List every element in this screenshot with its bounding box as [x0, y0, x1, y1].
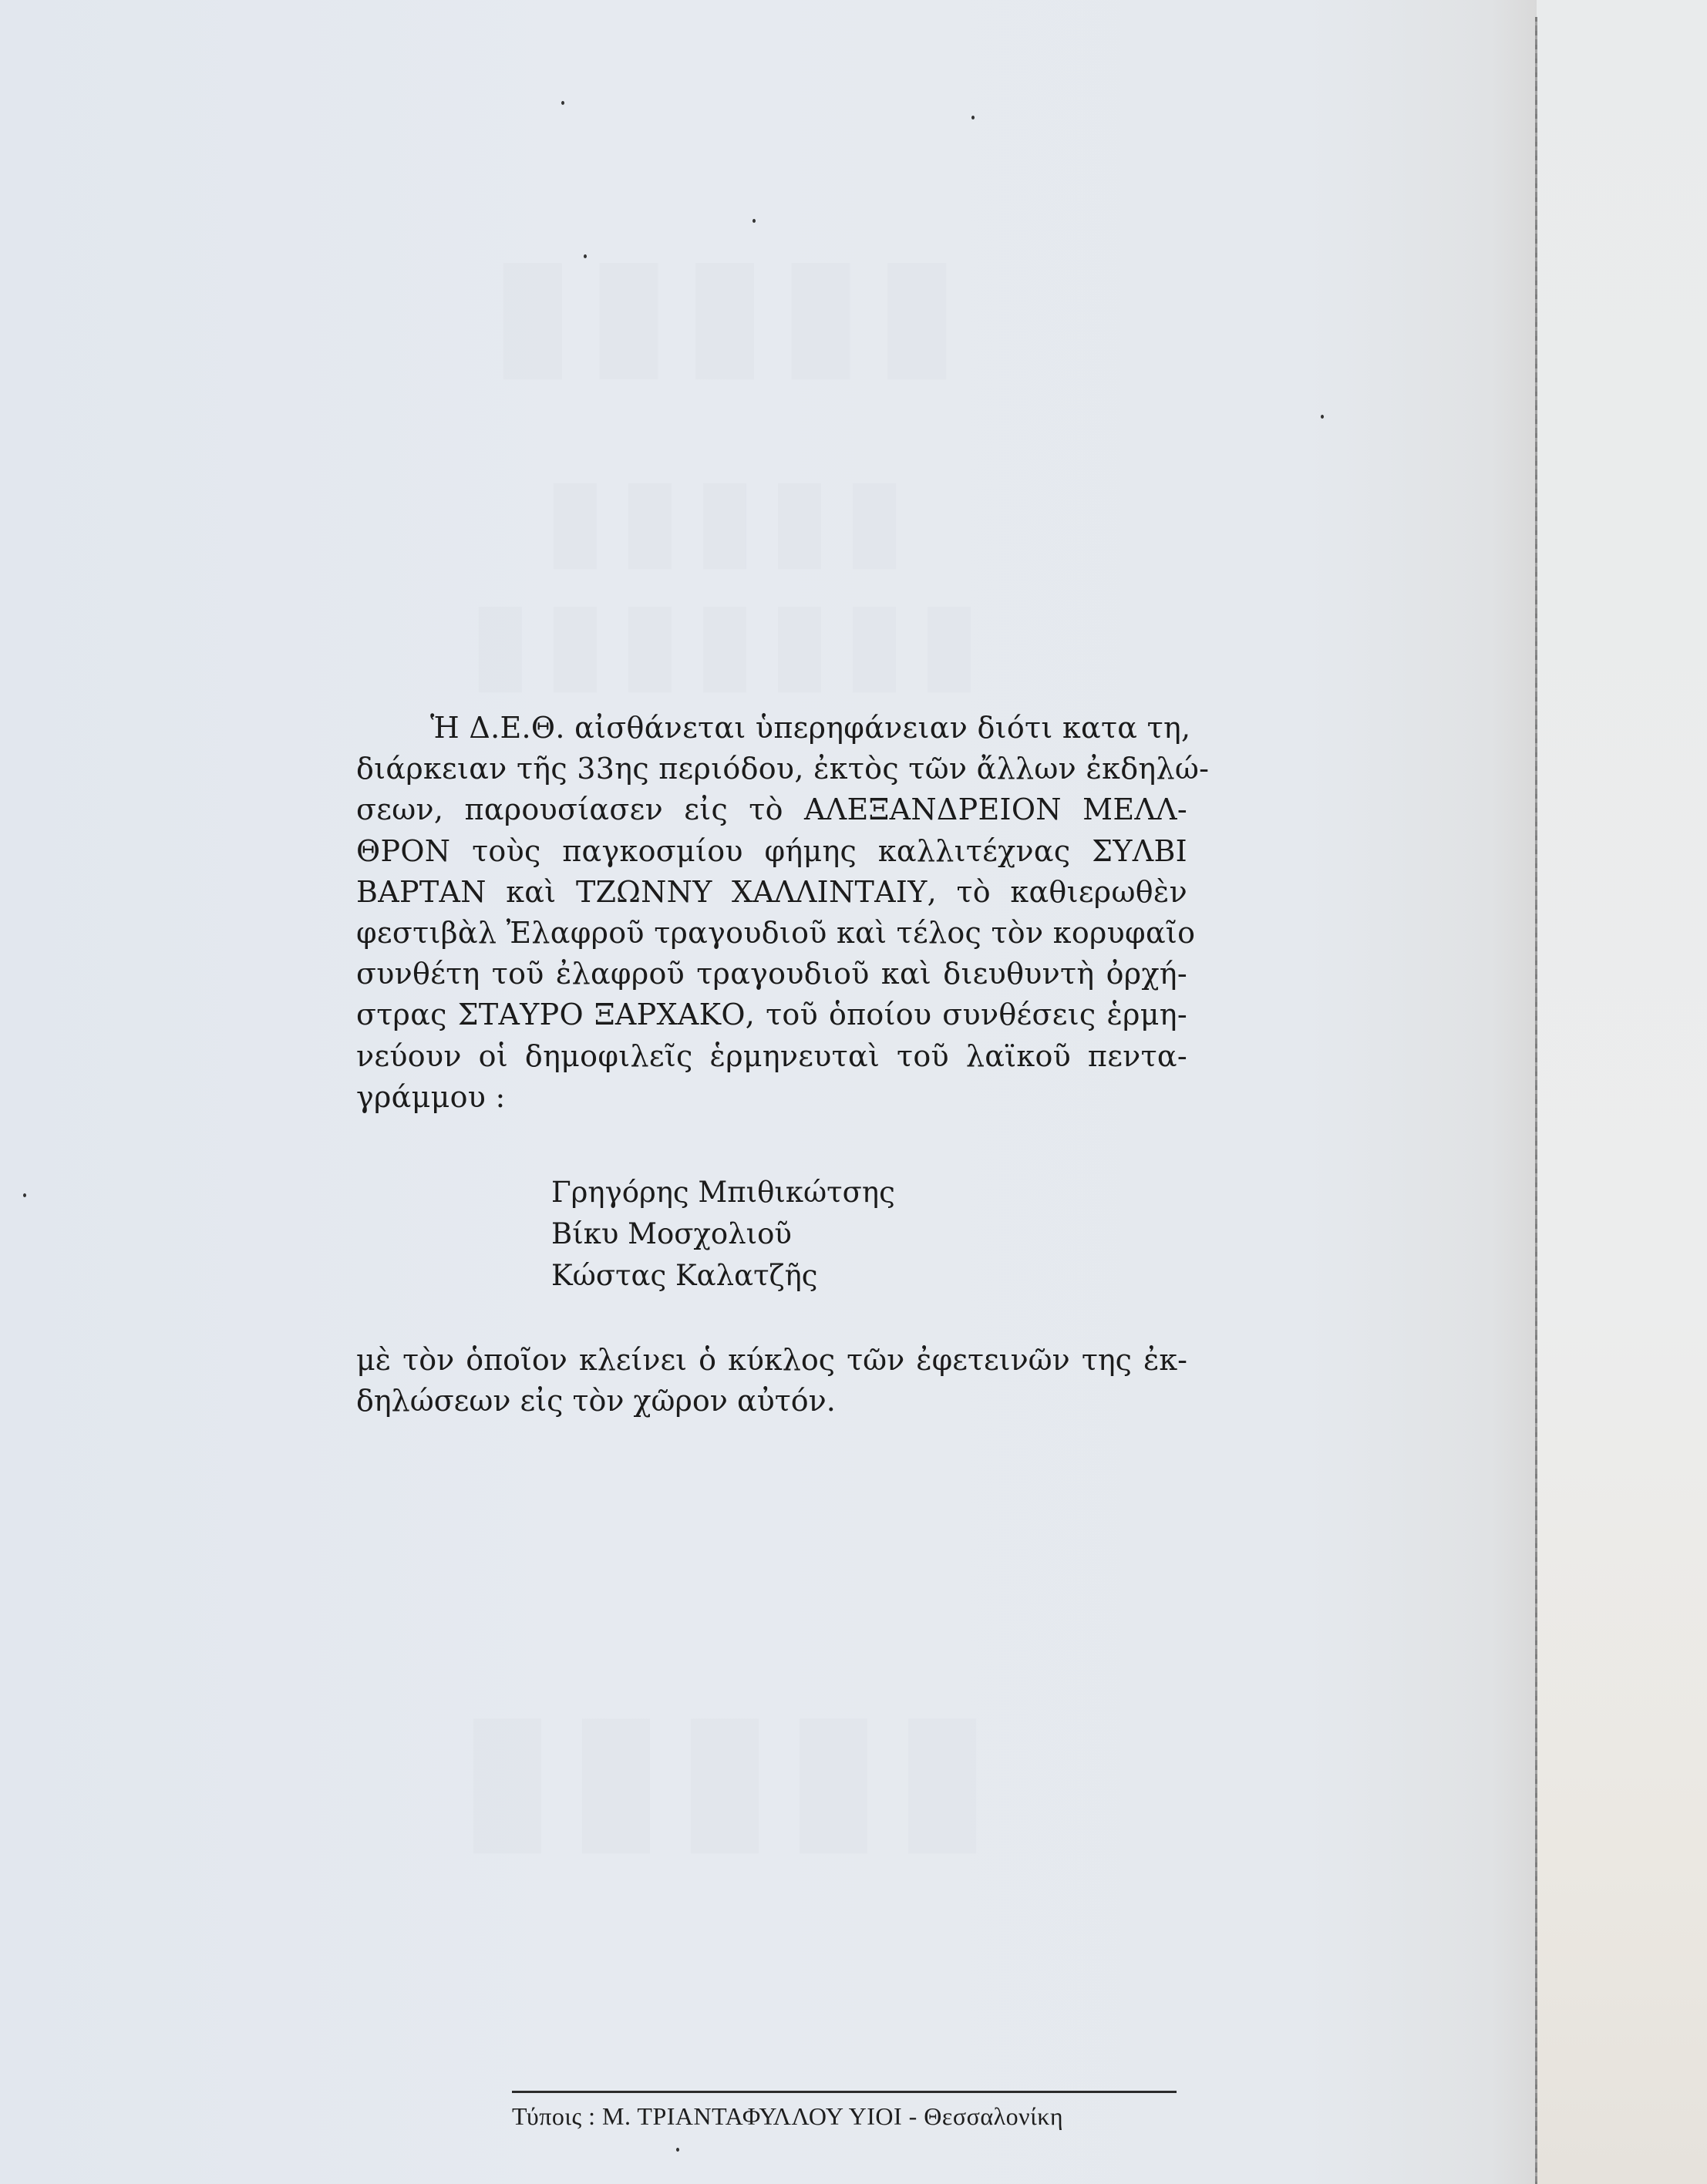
paragraph-line: διάρκειαν τῆς 33ης περιόδου, ἐκτὸς τῶν ἄ…: [356, 749, 1187, 789]
closing-paragraph: μὲ τὸν ὁποῖον κλείνει ὁ κύκλος τῶν ἐφετε…: [356, 1340, 1187, 1422]
performer-list: Γρηγόρης Μπιθικώτσης Βίκυ Μοσχολιοῦ Κώστ…: [551, 1172, 895, 1297]
show-through-text: ▮▮▮▮▮: [231, 455, 1234, 580]
page-fold: [1535, 17, 1537, 2184]
footer-divider: [512, 2091, 1177, 2093]
printer-imprint: Τύποις : Μ. ΤΡΙΑΝΤΑΦΥΛΛΟΥ ΥΙΟΙ - Θεσσαλο…: [512, 2102, 1183, 2131]
main-paragraph: Ἡ Δ.Ε.Θ. αἰσθάνεται ὑπερηφάνειαν διότι κ…: [356, 708, 1187, 1118]
performer-name: Κώστας Καλατζῆς: [551, 1255, 895, 1297]
paragraph-line: σεων, παρουσίασεν εἰς τὸ ΑΛΕΞΑΝΔΡΕΙΟΝ ΜΕ…: [356, 789, 1187, 830]
show-through-text: ▮▮▮▮▮: [231, 224, 1234, 395]
adjacent-page-edge: [1537, 0, 1707, 2184]
show-through-text: ▮▮▮▮▮: [231, 1673, 1234, 1871]
paragraph-line: ΒΑΡΤΑΝ καὶ ΤΖΩΝΝΥ ΧΑΛΛΙΝΤΑΙΥ, τὸ καθιερω…: [356, 872, 1187, 913]
closing-line: δηλώσεων εἰς τὸν χῶρον αὐτόν.: [356, 1381, 1187, 1422]
paragraph-line: συνθέτη τοῦ ἐλαφροῦ τραγουδιοῦ καὶ διευθ…: [356, 954, 1187, 994]
paper-speck: [752, 219, 756, 223]
document-page: ▮▮▮▮▮ ▮▮▮▮▮ ▮▮▮▮▮▮▮ ▮▮▮▮▮ Ἡ Δ.Ε.Θ. αἰσθά…: [0, 0, 1537, 2184]
paragraph-line: ΘΡΟΝ τοὺς παγκοσμίου φήμης καλλιτέχνας Σ…: [356, 831, 1187, 872]
paper-speck: [1321, 415, 1324, 419]
closing-line: μὲ τὸν ὁποῖον κλείνει ὁ κύκλος τῶν ἐφετε…: [356, 1340, 1187, 1381]
paragraph-line: στρας ΣΤΑΥΡΟ ΞΑΡΧΑΚΟ, τοῦ ὁποίου συνθέσε…: [356, 994, 1187, 1035]
paragraph-line: νεύουν οἱ δημοφιλεῖς ἑρμηνευταὶ τοῦ λαϊκ…: [356, 1036, 1187, 1077]
performer-name: Βίκυ Μοσχολιοῦ: [551, 1213, 895, 1255]
performer-name: Γρηγόρης Μπιθικώτσης: [551, 1172, 895, 1213]
paragraph-line: φεστιβὰλ Ἐλαφροῦ τραγουδιοῦ καὶ τέλος τὸ…: [356, 913, 1187, 954]
paragraph-line: Ἡ Δ.Ε.Θ. αἰσθάνεται ὑπερηφάνειαν διότι κ…: [356, 708, 1187, 749]
paper-speck: [561, 101, 564, 105]
paragraph-line: γράμμου :: [356, 1077, 1187, 1118]
paper-speck: [971, 116, 975, 119]
paper-speck: [676, 2148, 679, 2152]
paper-speck: [23, 1193, 26, 1197]
show-through-text: ▮▮▮▮▮▮▮: [231, 578, 1234, 704]
paper-speck: [584, 254, 587, 258]
